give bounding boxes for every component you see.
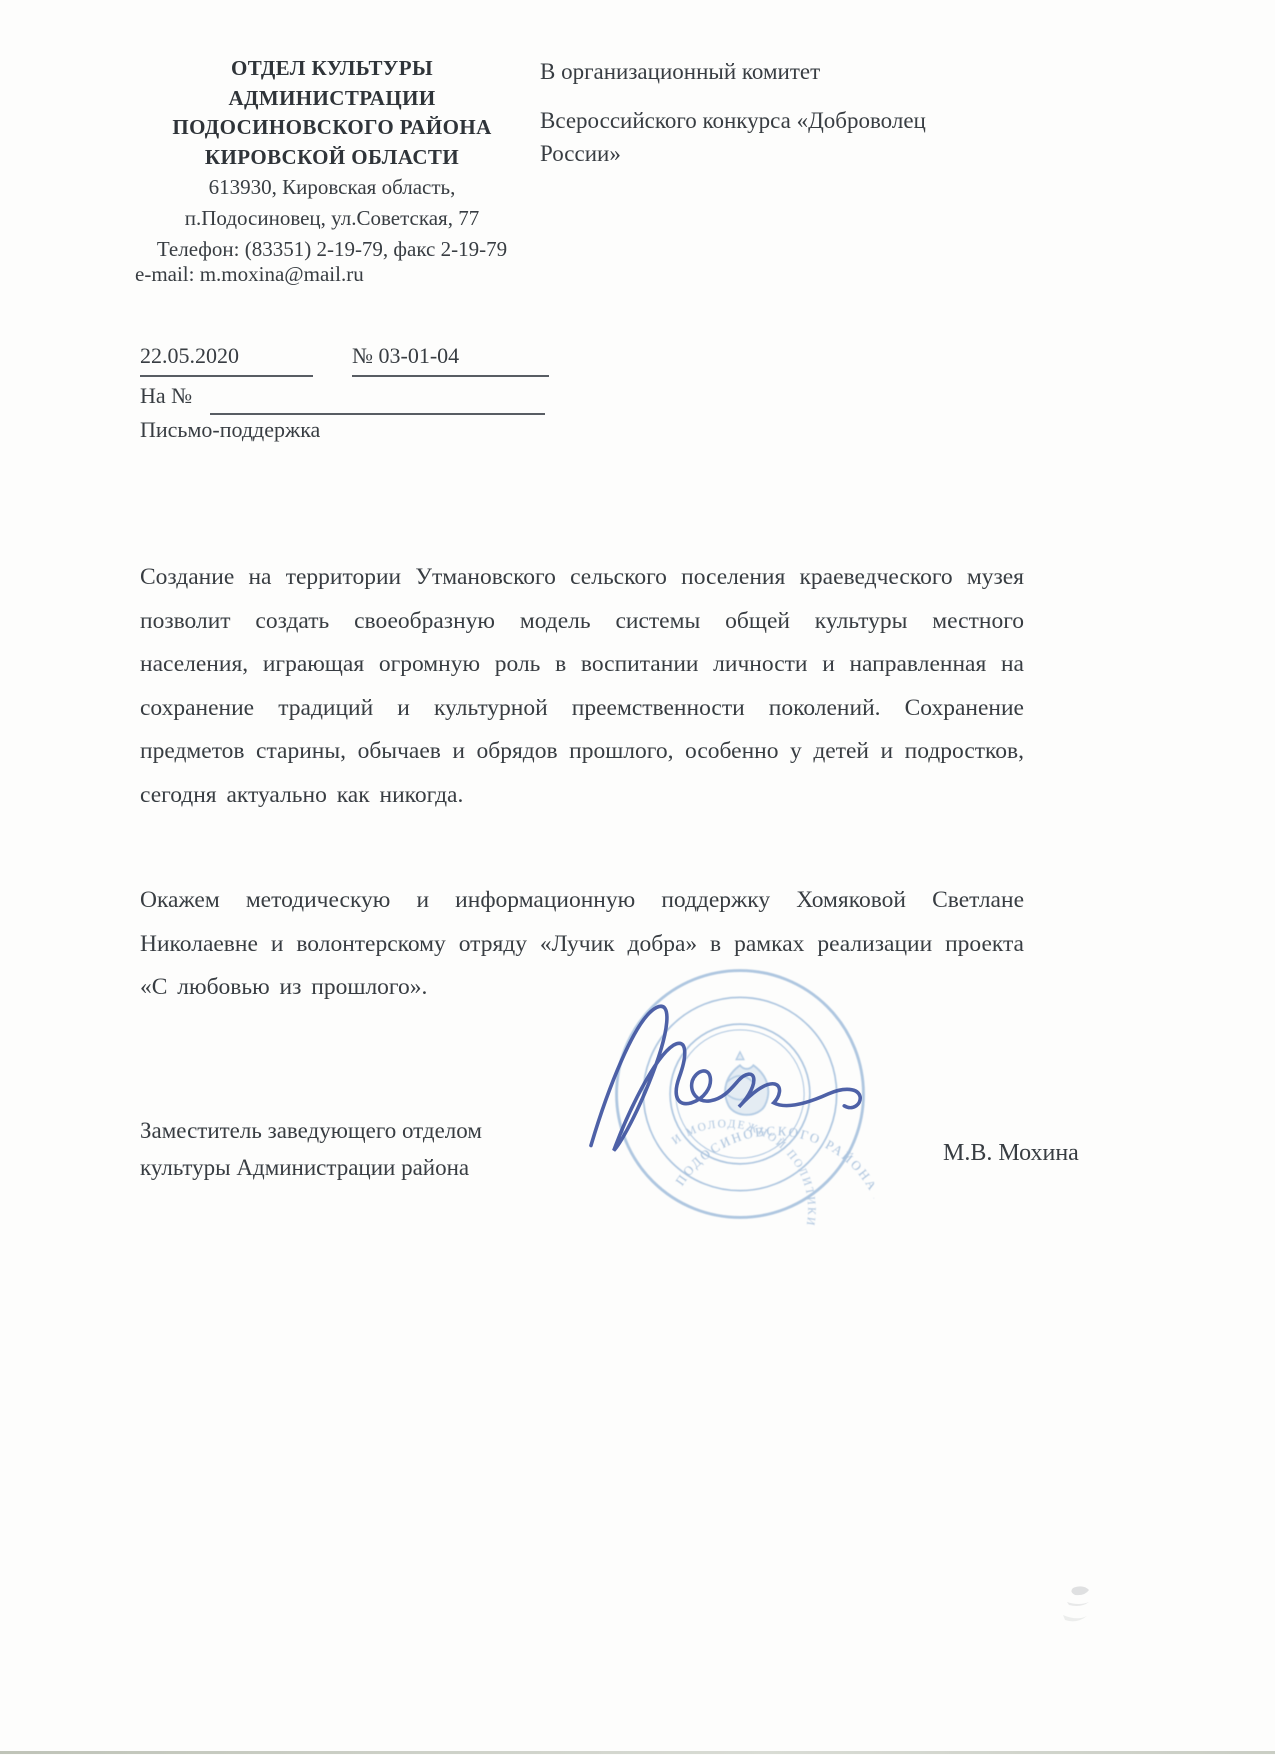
signature-ink (583, 1000, 881, 1160)
recipient-line-2: Всероссийского конкурса «Доброволец Росс… (540, 104, 1010, 170)
org-name-line: КИРОВСКОЙ ОБЛАСТИ (118, 143, 546, 173)
letterhead-address: 613930, Кировская область, п.Подосиновец… (118, 172, 546, 265)
letter-date: 22.05.2020 (140, 343, 239, 369)
scanned-letter-page: ОТДЕЛ КУЛЬТУРЫ АДМИНИСТРАЦИИ ПОДОСИНОВСК… (0, 0, 1275, 1755)
recipient-line-1: В организационный комитет (540, 55, 1010, 88)
reply-to-label: На № (140, 383, 192, 409)
signer-name: М.В. Мохина (943, 1140, 1079, 1167)
scan-bottom-edge (0, 1751, 1275, 1754)
signer-position-line-1: Заместитель заведующего отделом (140, 1112, 600, 1149)
recipient-block: В организационный комитет Всероссийского… (540, 55, 1010, 170)
signature-stroke-graphic (583, 1000, 881, 1160)
address-line-1: 613930, Кировская область, (118, 172, 546, 203)
number-underline (352, 375, 549, 377)
signer-position: Заместитель заведующего отделом культуры… (140, 1112, 600, 1186)
scan-smudge-artifact (1053, 1582, 1105, 1634)
body-paragraph-2: Окажем методическую и информационную под… (140, 879, 1024, 1010)
org-name-line: ОТДЕЛ КУЛЬТУРЫ (118, 54, 546, 84)
phone-line: Телефон: (83351) 2-19-79, факс 2-19-79 (118, 234, 546, 265)
date-underline (140, 375, 313, 377)
email-line: e-mail: m.moxina@mail.ru (135, 262, 563, 287)
signer-position-line-2: культуры Администрации района (140, 1149, 600, 1186)
org-name-line: ПОДОСИНОВСКОГО РАЙОНА (118, 113, 546, 143)
letter-subject: Письмо-поддержка (140, 417, 320, 443)
body-paragraph-1: Создание на территории Утмановского сель… (140, 556, 1024, 817)
letterhead-org-name: ОТДЕЛ КУЛЬТУРЫ АДМИНИСТРАЦИИ ПОДОСИНОВСК… (118, 54, 546, 172)
org-name-line: АДМИНИСТРАЦИИ (118, 84, 546, 114)
letter-number: № 03-01-04 (352, 343, 459, 369)
address-line-2: п.Подосиновец, ул.Советская, 77 (118, 203, 546, 234)
reply-underline (210, 413, 545, 415)
